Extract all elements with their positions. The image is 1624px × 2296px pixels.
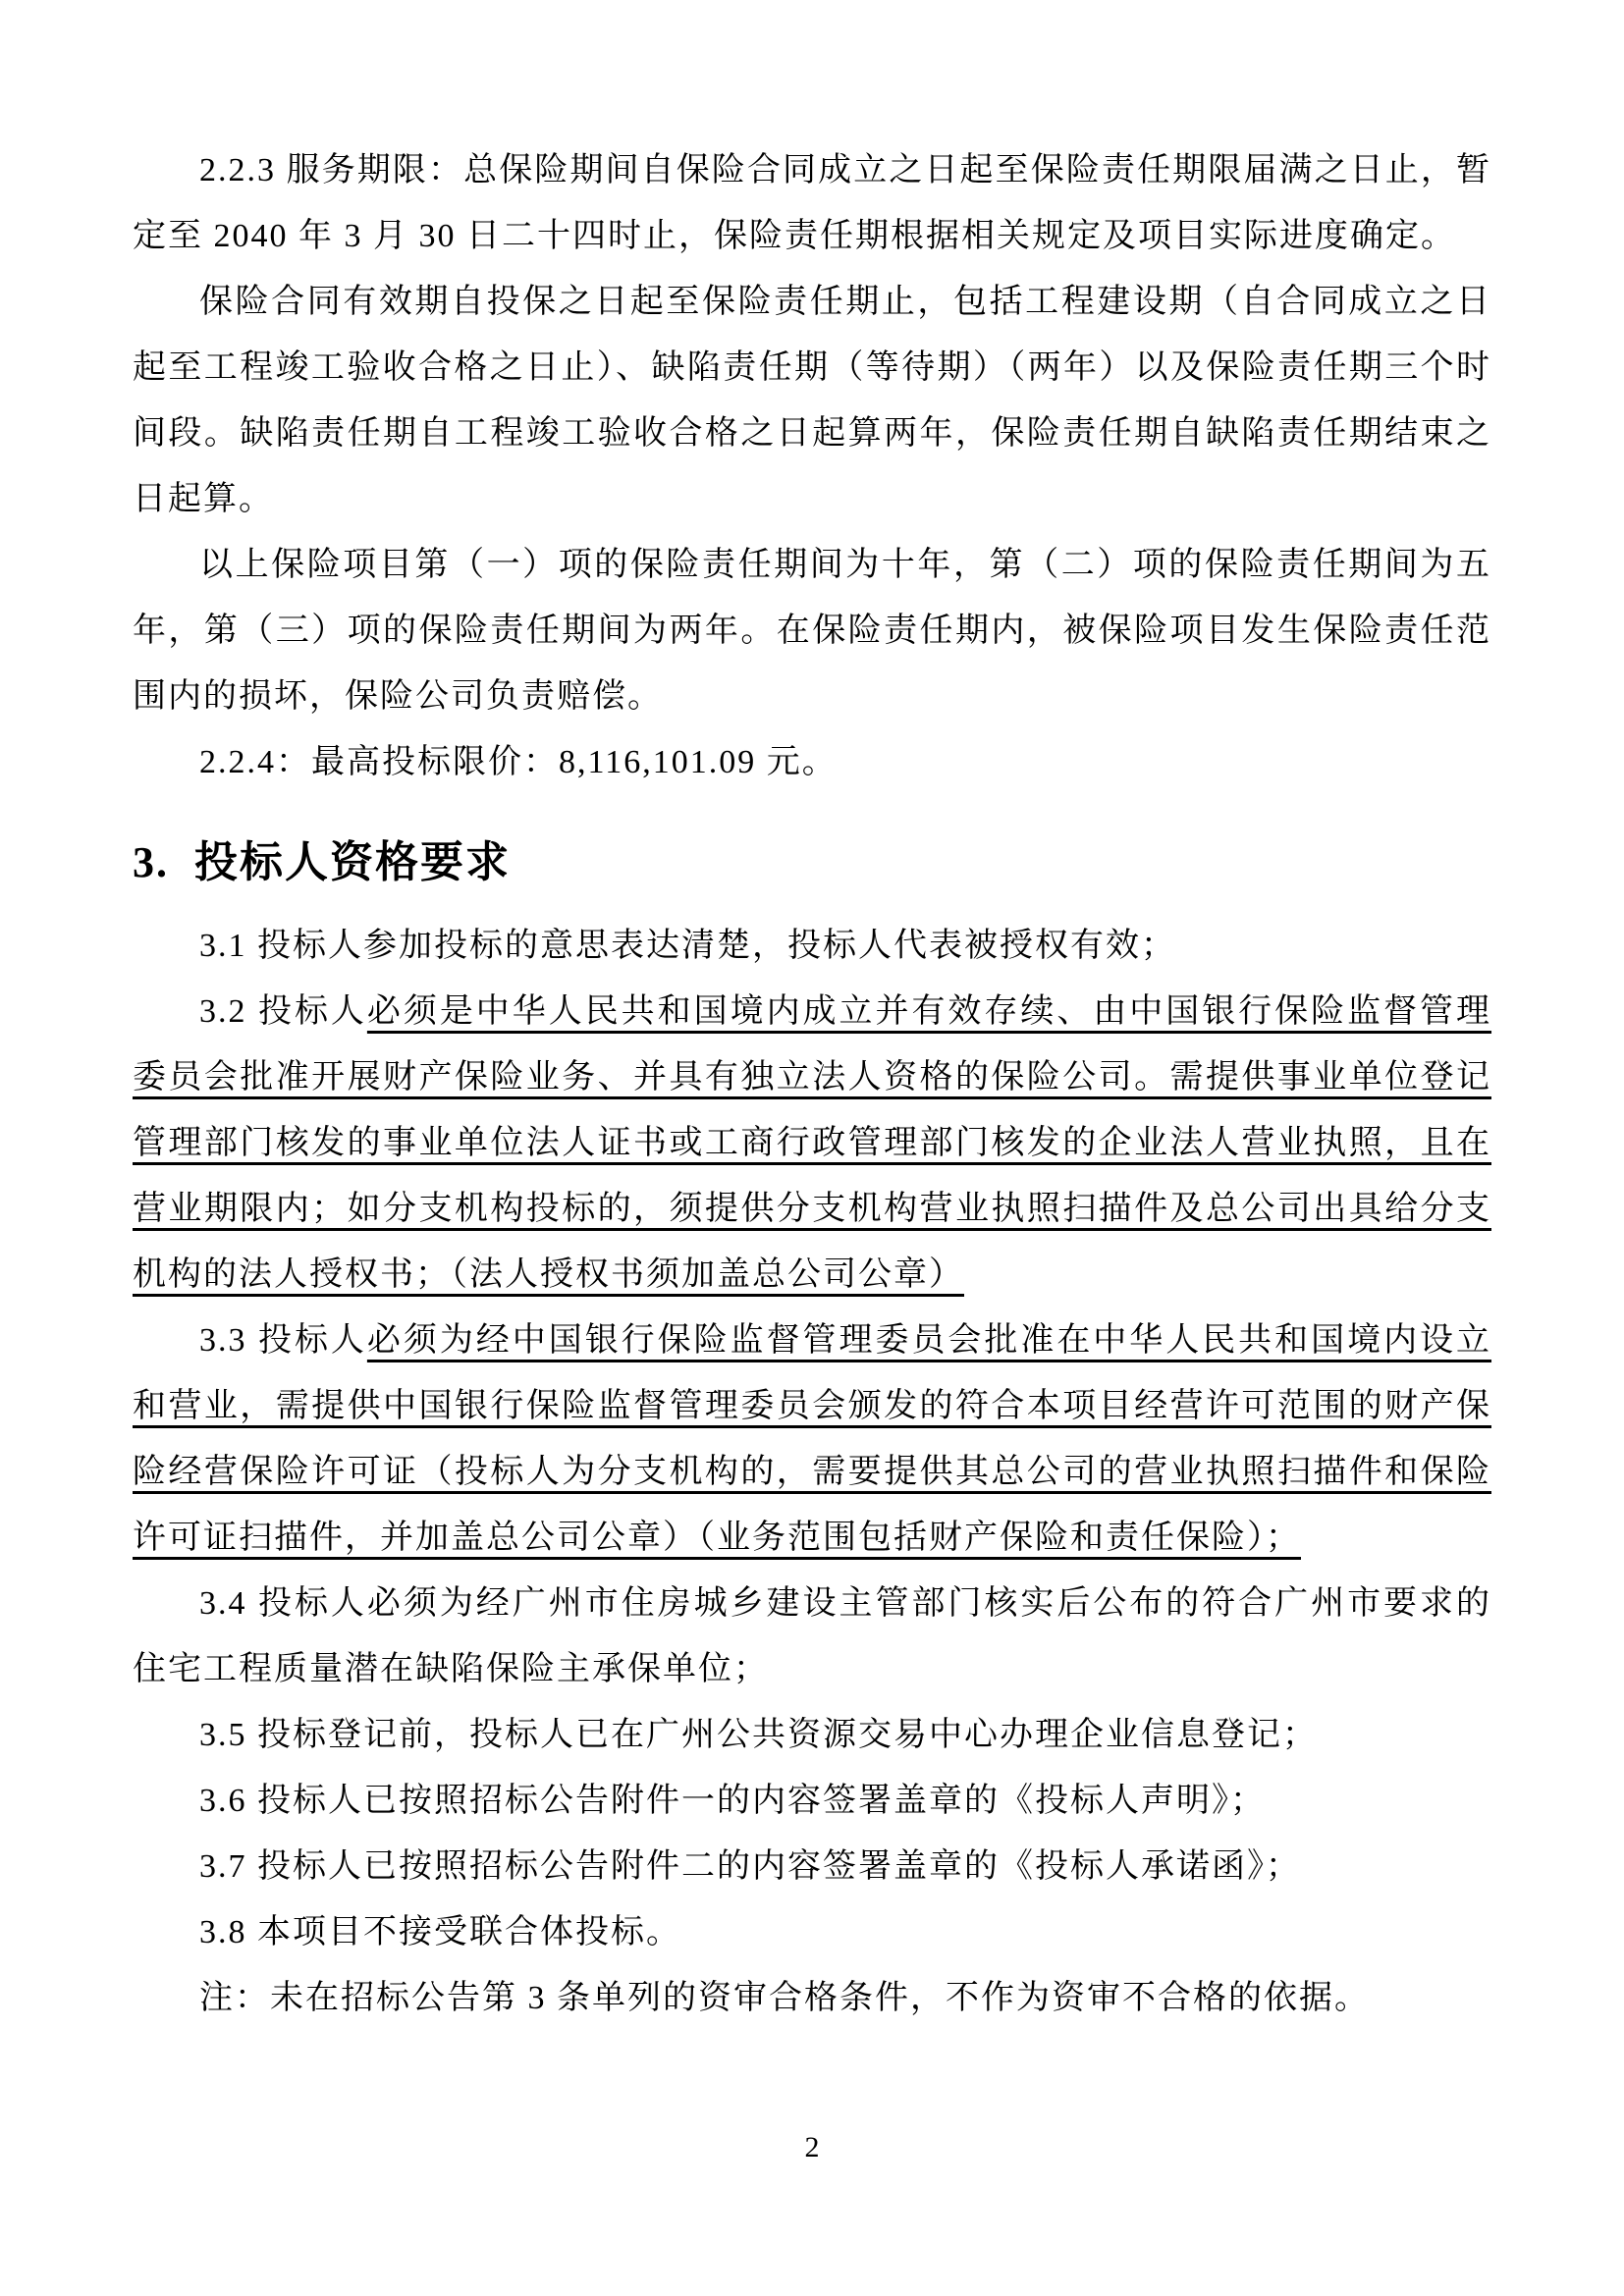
paragraph: 2.2.3 服务期限：总保险期间自保险合同成立之日起至保险责任期限届满之日止，暂… — [133, 137, 1491, 269]
text-run: 2.2.4：最高投标限价：8,116,101.09 元。 — [199, 744, 838, 780]
heading-number: 3. — [133, 838, 169, 886]
underlined-text: 必须是中华人民共和国境内成立并有效存续、由中国银行保险监督管理委员会批准开展财产… — [133, 993, 1491, 1293]
text-run: 3.2 投标人 — [199, 993, 367, 1030]
text-run: 3.1 投标人参加投标的意思表达清楚，投标人代表被授权有效； — [199, 928, 1176, 964]
heading-text: 投标人资格要求 — [194, 838, 511, 886]
text-run: 注：未在招标公告第 3 条单列的资审合格条件，不作为资审不合格的依据。 — [199, 1980, 1370, 2016]
paragraph: 注：未在招标公告第 3 条单列的资审合格条件，不作为资审不合格的依据。 — [133, 1965, 1491, 2031]
text-run: 以上保险项目第（一）项的保险责任期间为十年，第（二）项的保险责任期间为五年，第（… — [133, 547, 1491, 715]
document-page: 2.2.3 服务期限：总保险期间自保险合同成立之日起至保险责任期限届满之日止，暂… — [0, 0, 1624, 2296]
paragraph: 3.4 投标人必须为经广州市住房城乡建设主管部门核实后公布的符合广州市要求的住宅… — [133, 1571, 1491, 1702]
paragraph: 3.3 投标人必须为经中国银行保险监督管理委员会批准在中华人民共和国境内设立和营… — [133, 1308, 1491, 1571]
text-run: 3.7 投标人已按照招标公告附件二的内容签署盖章的《投标人承诺函》； — [199, 1848, 1301, 1885]
paragraph: 2.2.4：最高投标限价：8,116,101.09 元。 — [133, 729, 1491, 795]
text-run: 3.3 投标人 — [199, 1322, 367, 1359]
text-run: 2.2.3 服务期限：总保险期间自保险合同成立之日起至保险责任期限届满之日止，暂… — [133, 152, 1491, 254]
paragraph: 3.8 本项目不接受联合体投标。 — [133, 1899, 1491, 1965]
text-run: 3.8 本项目不接受联合体投标。 — [199, 1914, 681, 1950]
text-run: 3.4 投标人必须为经广州市住房城乡建设主管部门核实后公布的符合广州市要求的住宅… — [133, 1585, 1491, 1687]
section-heading: 3.投标人资格要求 — [133, 827, 1491, 899]
page-number: 2 — [805, 2131, 820, 2163]
paragraph: 3.6 投标人已按照招标公告附件一的内容签署盖章的《投标人声明》； — [133, 1768, 1491, 1834]
paragraph: 3.5 投标登记前，投标人已在广州公共资源交易中心办理企业信息登记； — [133, 1702, 1491, 1768]
document-content: 2.2.3 服务期限：总保险期间自保险合同成立之日起至保险责任期限届满之日止，暂… — [133, 137, 1491, 2031]
page-footer: 2 — [0, 2128, 1624, 2167]
paragraph: 3.1 投标人参加投标的意思表达清楚，投标人代表被授权有效； — [133, 913, 1491, 979]
paragraph: 3.7 投标人已按照招标公告附件二的内容签署盖章的《投标人承诺函》； — [133, 1834, 1491, 1899]
text-run: 保险合同有效期自投保之日起至保险责任期止，包括工程建设期（自合同成立之日起至工程… — [133, 284, 1491, 517]
paragraph: 以上保险项目第（一）项的保险责任期间为十年，第（二）项的保险责任期间为五年，第（… — [133, 532, 1491, 729]
text-run: 3.5 投标登记前，投标人已在广州公共资源交易中心办理企业信息登记； — [199, 1717, 1318, 1753]
text-run: 3.6 投标人已按照招标公告附件一的内容签署盖章的《投标人声明》； — [199, 1783, 1266, 1819]
paragraph: 3.2 投标人必须是中华人民共和国境内成立并有效存续、由中国银行保险监督管理委员… — [133, 979, 1491, 1308]
paragraph: 保险合同有效期自投保之日起至保险责任期止，包括工程建设期（自合同成立之日起至工程… — [133, 269, 1491, 532]
